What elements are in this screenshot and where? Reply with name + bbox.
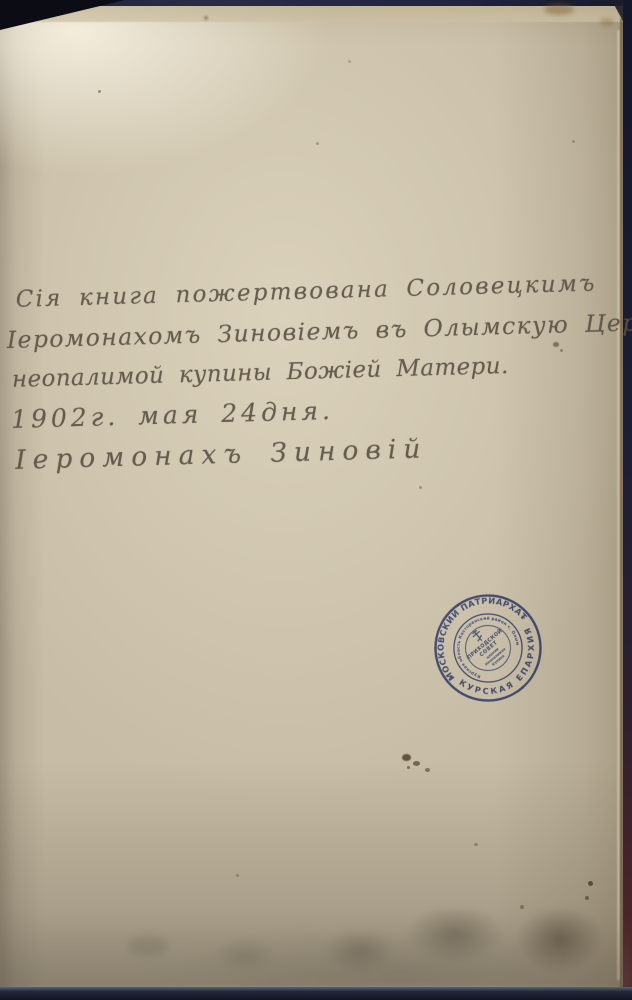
ink-blot xyxy=(425,768,430,772)
book-page-photo: Сія книга пожертвована Соловецкимъ Іером… xyxy=(0,0,632,1000)
stain xyxy=(560,349,563,352)
stain xyxy=(419,486,422,489)
stain xyxy=(316,142,319,145)
stain xyxy=(520,905,524,909)
ink-blot xyxy=(402,754,411,761)
stain xyxy=(204,16,208,20)
ink-blot xyxy=(413,761,420,766)
stain xyxy=(588,881,593,886)
book-cover-bottom-edge xyxy=(0,987,632,1000)
page-top-edge-band xyxy=(0,5,632,22)
bottom-grime-smudges xyxy=(0,909,632,987)
stain xyxy=(553,342,559,347)
stain xyxy=(236,874,239,877)
stain xyxy=(572,140,575,143)
book-cover-right-edge xyxy=(623,0,632,1000)
stain xyxy=(600,18,614,26)
parish-stamp-graphic: МОСКОВСКИЙ ПАТРИАРХАТ КУРСКАЯ ЕПАРХИЯ * … xyxy=(394,554,583,743)
stain xyxy=(348,60,351,63)
stain xyxy=(128,936,168,956)
stain xyxy=(544,4,574,15)
stain xyxy=(474,843,478,846)
ink-blot xyxy=(407,766,410,769)
parish-stamp: МОСКОВСКИЙ ПАТРИАРХАТ КУРСКАЯ ЕПАРХИЯ * … xyxy=(394,554,583,743)
handwritten-inscription: Сія книга пожертвована Соловецкимъ Іером… xyxy=(5,262,632,481)
stain xyxy=(585,896,589,900)
stain xyxy=(98,90,101,93)
